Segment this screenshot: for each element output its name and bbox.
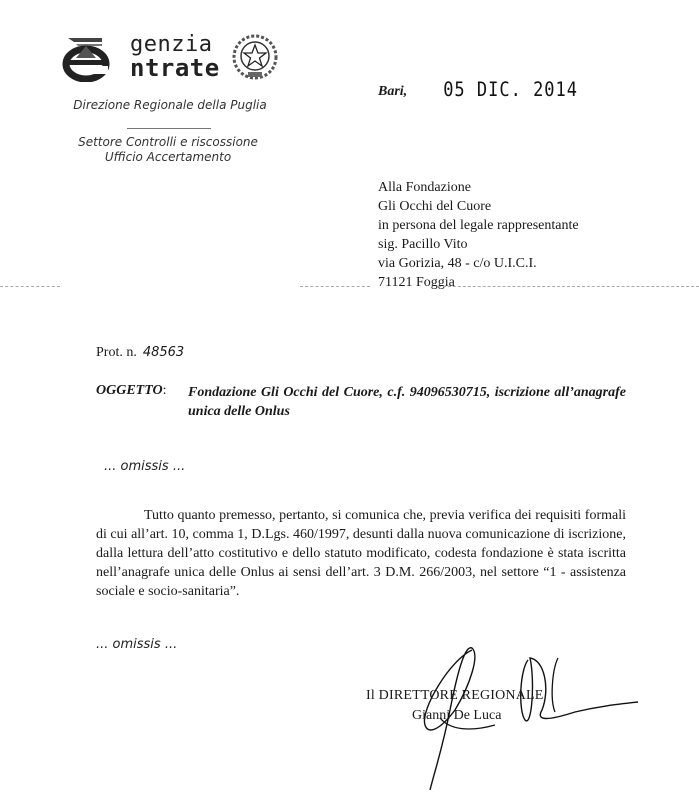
recipient-line: in persona del legale rappresentante bbox=[378, 216, 579, 235]
signatory-title: Il DIRETTORE REGIONALE bbox=[366, 688, 544, 704]
agenzia-entrate-e-mark-icon bbox=[62, 32, 132, 82]
omissis-bottom: ... omissis ... bbox=[96, 637, 177, 652]
fold-mark-mid bbox=[300, 286, 370, 287]
subject-label: OGGETTO: bbox=[96, 383, 188, 421]
logo-text-ntrate: ntrate bbox=[130, 54, 220, 82]
protocol-value: 48563 bbox=[143, 345, 184, 360]
recipient-line: Gli Occhi del Cuore bbox=[378, 197, 579, 216]
omissis-top: ... omissis ... bbox=[104, 459, 185, 474]
settore-ufficio: Settore Controlli e riscossione Ufficio … bbox=[38, 135, 298, 165]
recipient-line: via Gorizia, 48 - c/o U.I.C.I. bbox=[378, 254, 579, 273]
subject-text: Fondazione Gli Occhi del Cuore, c.f. 940… bbox=[188, 383, 626, 421]
direzione-regionale: Direzione Regionale della Puglia bbox=[40, 98, 300, 112]
subject: OGGETTO: Fondazione Gli Occhi del Cuore,… bbox=[96, 383, 626, 421]
fold-mark-left bbox=[0, 286, 60, 287]
agenzia-entrate-logo: genzia ntrate bbox=[62, 30, 282, 88]
date-city: Bari, bbox=[378, 84, 407, 100]
date-line: Bari, 05 DIC. 2014 bbox=[378, 80, 578, 100]
recipient-address: Alla Fondazione Gli Occhi del Cuore in p… bbox=[378, 178, 579, 292]
protocol-number: Prot. n. 48563 bbox=[96, 345, 184, 361]
date-stamp: 05 DIC. 2014 bbox=[443, 79, 578, 102]
recipient-line: 71121 Foggia bbox=[378, 273, 579, 292]
italian-republic-emblem-icon bbox=[230, 32, 280, 82]
ufficio-label: Ufficio Accertamento bbox=[38, 150, 298, 165]
signatory-name: Gianni De Luca bbox=[412, 708, 501, 724]
recipient-line: sig. Pacillo Vito bbox=[378, 235, 579, 254]
fold-mark-right bbox=[438, 286, 699, 287]
protocol-label: Prot. n. bbox=[96, 345, 137, 361]
body-paragraph: Tutto quanto premesso, pertanto, si comu… bbox=[96, 506, 626, 601]
recipient-line: Alla Fondazione bbox=[378, 178, 579, 197]
settore-label: Settore Controlli e riscossione bbox=[38, 135, 298, 150]
header-divider bbox=[127, 128, 211, 129]
